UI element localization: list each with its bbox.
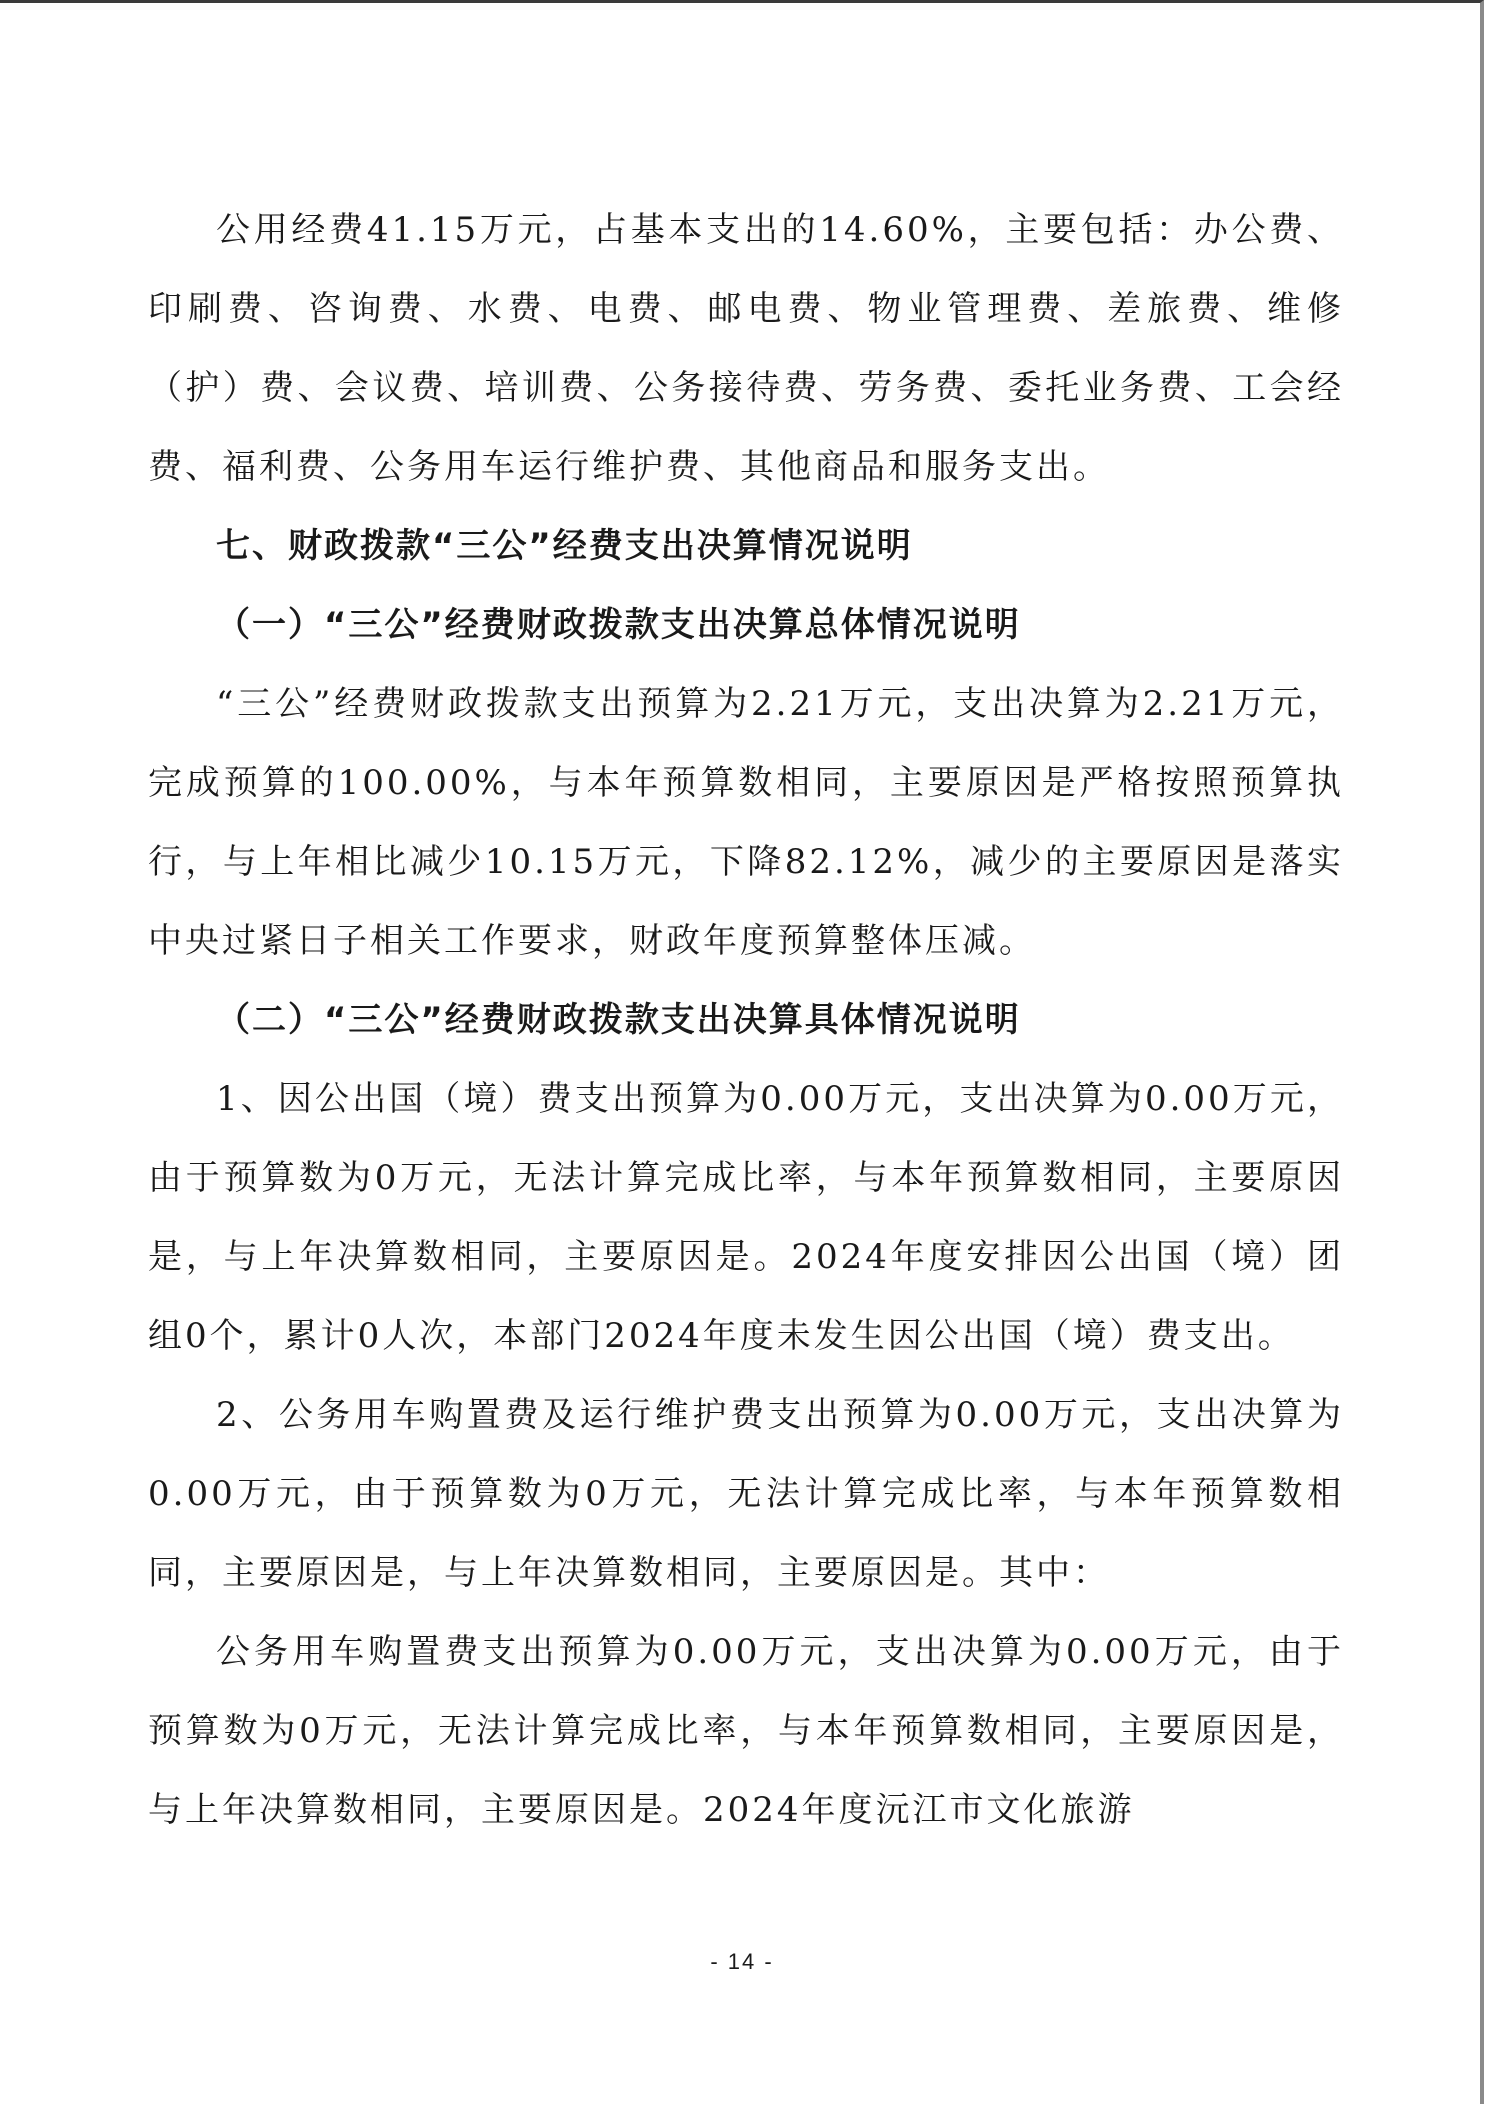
- section-heading-three-public-expenses: 七、财政拨款“三公”经费支出决算情况说明: [148, 507, 1344, 586]
- document-page: 公用经费41.15万元，占基本支出的14.60%，主要包括：办公费、印刷费、咨询…: [0, 0, 1484, 2104]
- page-number: - 14 -: [0, 1949, 1484, 1975]
- document-body: 公用经费41.15万元，占基本支出的14.60%，主要包括：办公费、印刷费、咨询…: [148, 191, 1344, 1850]
- subsection-heading-specific: （二）“三公”经费财政拨款支出决算具体情况说明: [148, 981, 1344, 1060]
- paragraph-vehicle-purchase: 公务用车购置费支出预算为0.00万元，支出决算为0.00万元，由于预算数为0万元…: [148, 1613, 1344, 1850]
- paragraph-public-expenses: 公用经费41.15万元，占基本支出的14.60%，主要包括：办公费、印刷费、咨询…: [148, 191, 1344, 507]
- subsection-heading-overall: （一）“三公”经费财政拨款支出决算总体情况说明: [148, 586, 1344, 665]
- paragraph-overseas-travel: 1、因公出国（境）费支出预算为0.00万元，支出决算为0.00万元，由于预算数为…: [148, 1060, 1344, 1376]
- paragraph-overall-description: “三公”经费财政拨款支出预算为2.21万元，支出决算为2.21万元，完成预算的1…: [148, 665, 1344, 981]
- paragraph-official-vehicles: 2、公务用车购置费及运行维护费支出预算为0.00万元，支出决算为0.00万元，由…: [148, 1376, 1344, 1613]
